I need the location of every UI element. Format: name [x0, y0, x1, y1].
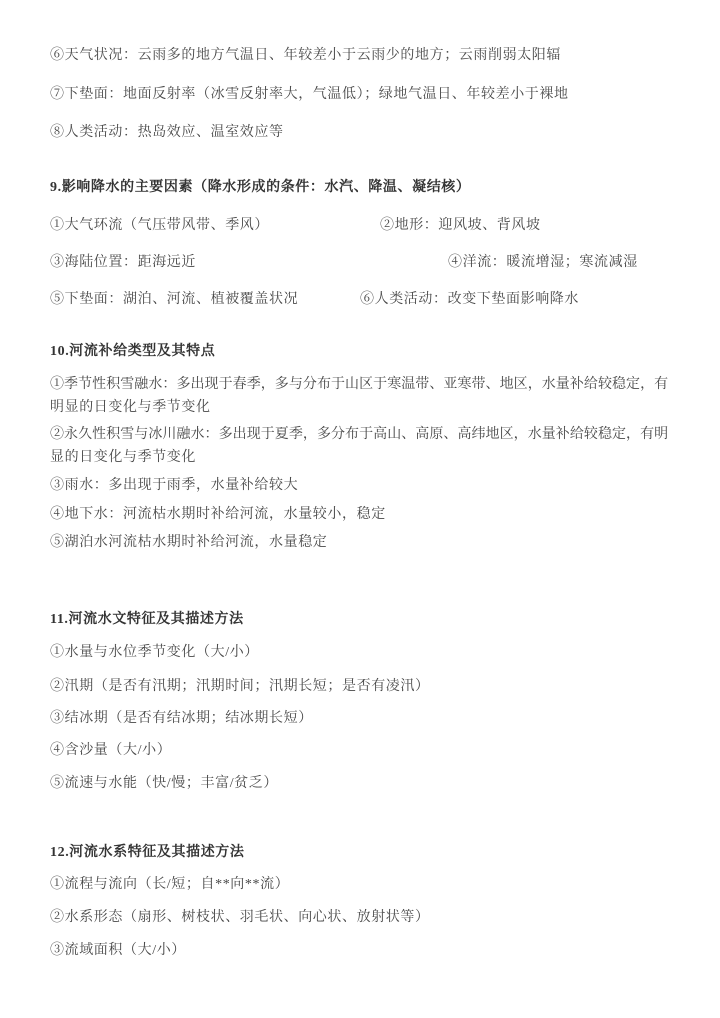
list-item: ②汛期（是否有汛期；汛期时间；汛期长短；是否有凌汛） — [50, 677, 430, 697]
list-item: ⑤湖泊水河流枯水期时补给河流，水量稳定 — [50, 533, 327, 553]
list-item-continuation: 明显的日变化与季节变化 — [50, 398, 211, 418]
list-item: ③结冰期（是否有结冰期；结冰期长短） — [50, 709, 313, 729]
section-title: 10.河流补给类型及其特点 — [50, 342, 215, 362]
list-item: ⑤流速与水能（快/慢；丰富/贫乏） — [50, 774, 278, 794]
section-title: 12.河流水系特征及其描述方法 — [50, 843, 245, 863]
list-item: ⑤下垫面：湖泊、河流、植被覆盖状况 — [50, 290, 298, 310]
section-title: 9.影响降水的主要因素（降水形成的条件：水汽、降温、凝结核） — [50, 178, 471, 198]
list-item: ④地下水：河流枯水期时补给河流，水量较小，稳定 — [50, 505, 386, 525]
list-item: ⑥天气状况：云雨多的地方气温日、年较差小于云雨少的地方；云雨削弱太阳辐 — [50, 46, 561, 66]
list-item: ③流域面积（大/小） — [50, 941, 186, 961]
list-item: ③海陆位置：距海远近 — [50, 253, 196, 273]
list-item: ①大气环流（气压带风带、季风） — [50, 216, 269, 236]
list-item: ②地形：迎风坡、背风坡 — [380, 216, 541, 236]
list-item: ⑧人类活动：热岛效应、温室效应等 — [50, 123, 284, 143]
list-item: ④洋流：暖流增湿；寒流减湿 — [448, 253, 638, 273]
section-title: 11.河流水文特征及其描述方法 — [50, 610, 244, 630]
list-item: ③雨水：多出现于雨季，水量补给较大 — [50, 476, 298, 496]
list-item: ⑦下垫面：地面反射率（冰雪反射率大，气温低）；绿地气温日、年较差小于裸地 — [50, 85, 569, 105]
list-item: ④含沙量（大/小） — [50, 741, 171, 761]
list-item: ①水量与水位季节变化（大/小） — [50, 643, 259, 663]
document-page: ⑥天气状况：云雨多的地方气温日、年较差小于云雨少的地方；云雨削弱太阳辐 ⑦下垫面… — [0, 0, 720, 1018]
list-item: ⑥人类活动：改变下垫面影响降水 — [360, 290, 579, 310]
list-item-continuation: 显的日变化与季节变化 — [50, 448, 196, 468]
list-item: ②永久性积雪与冰川融水：多出现于夏季，多分布于高山、高原、高纬地区，水量补给较稳… — [50, 425, 668, 445]
list-item: ①流程与流向（长/短；自**向**流） — [50, 875, 289, 895]
list-item: ①季节性积雪融水：多出现于春季，多与分布于山区于寒温带、亚寒带、地区，水量补给较… — [50, 375, 668, 395]
list-item: ②水系形态（扇形、树枝状、羽毛状、向心状、放射状等） — [50, 908, 430, 928]
